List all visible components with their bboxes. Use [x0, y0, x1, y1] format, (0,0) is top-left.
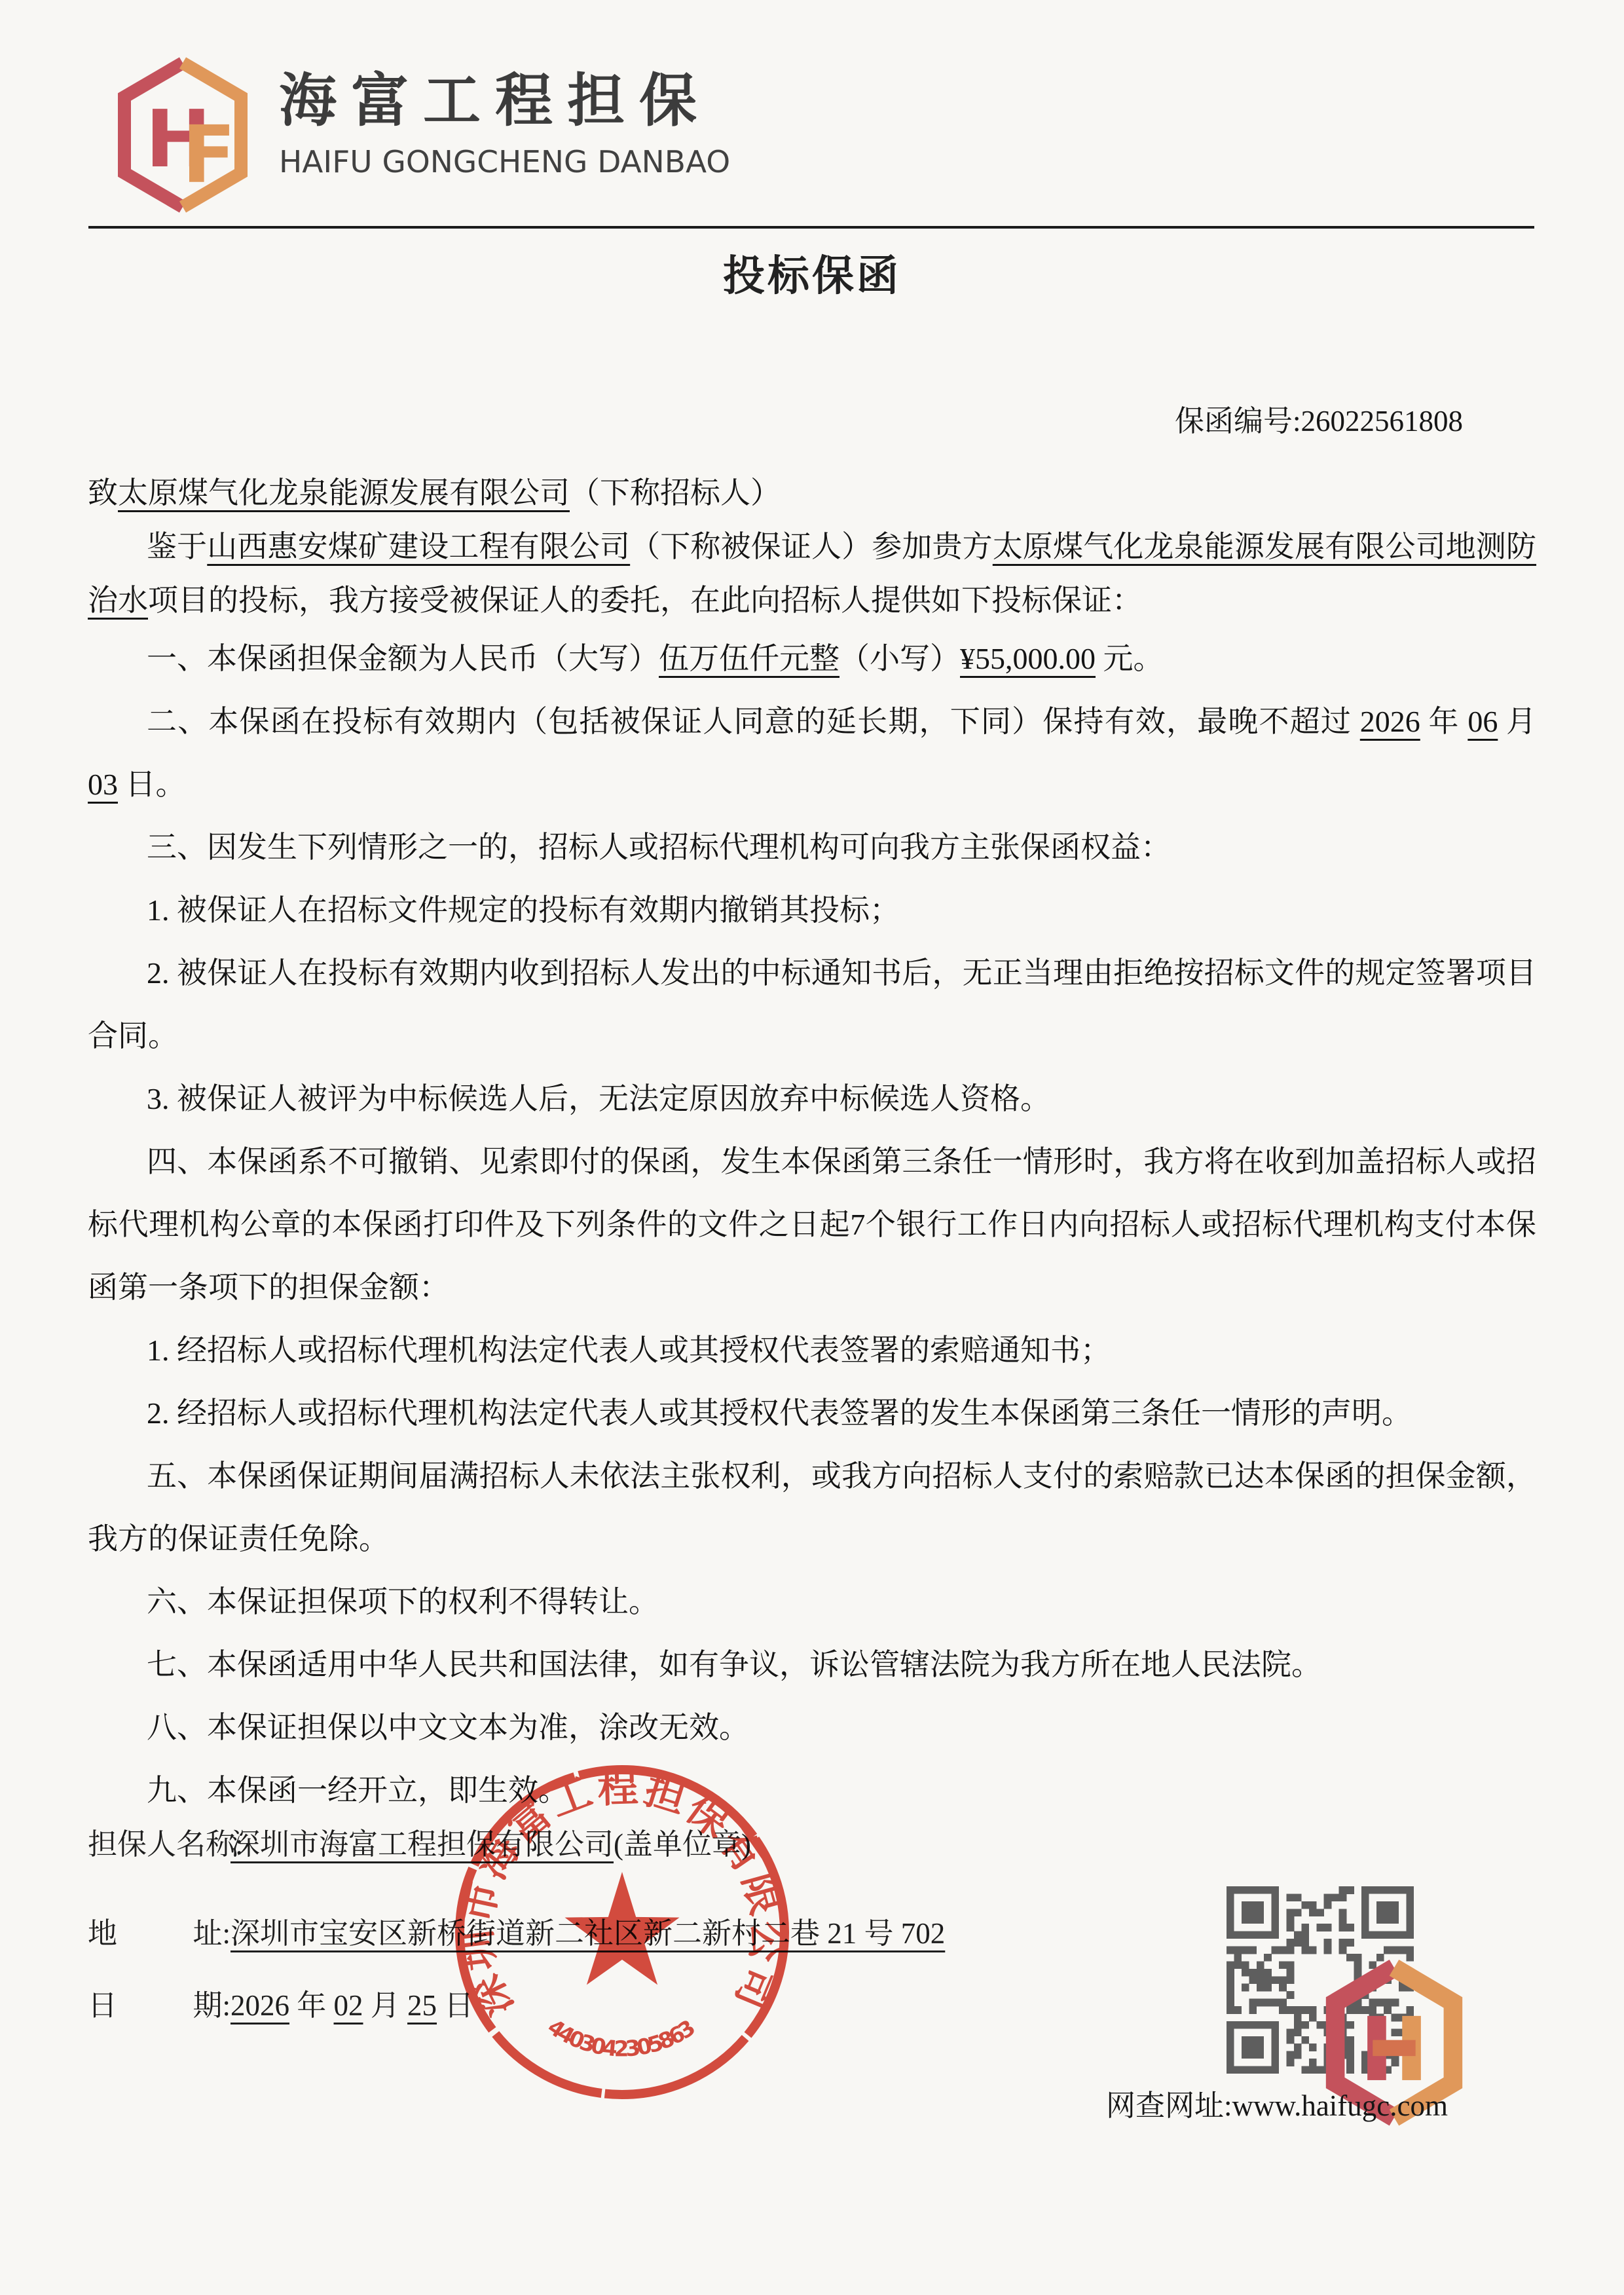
paragraph-1: 致太原煤气化龙泉能源发展有限公司（下称招标人）: [88, 466, 1536, 520]
guarantee-number-line: 保函编号:26022561808: [1175, 397, 1463, 439]
letterhead: H F 海富工程担保 HAIFU GONGCHENG DANBAO: [105, 54, 722, 216]
signature-label: 日期:: [88, 1987, 231, 2024]
document-body: 致太原煤气化龙泉能源发展有限公司（下称招标人）鉴于山西惠安煤矿建设工程有限公司（…: [88, 466, 1536, 1822]
brand-name-chinese: 海富工程担保: [279, 72, 722, 130]
signature-row-3: 日期:2026 年 02 月 25 日: [88, 1987, 1201, 2024]
header-divider: [88, 226, 1534, 229]
paragraph-12: 五、本保函保证期间届满招标人未依法主张权利，或我方向招标人支付的索赔款已达本保函…: [88, 1445, 1536, 1571]
scanned-document-page: H F 海富工程担保 HAIFU GONGCHENG DANBAO 投标保函 保…: [0, 0, 1624, 2295]
brand-text: 海富工程担保 HAIFU GONGCHENG DANBAO: [279, 54, 722, 177]
paragraph-11: 2. 经招标人或招标代理机构法定代表人或其授权代表签署的发生本保函第三条任一情形…: [88, 1382, 1536, 1445]
paragraph-3: 一、本保函担保金额为人民币（大写）伍万伍仟元整（小写）¥55,000.00 元。: [88, 627, 1536, 690]
logo-letter-f: F: [182, 110, 236, 201]
paragraph-9: 四、本保函系不可撤销、见索即付的保函，发生本保函第三条任一情形时，我方将在收到加…: [88, 1130, 1536, 1319]
signature-row-1: 担保人名称:深圳市海富工程担保有限公司(盖单位章): [88, 1826, 1201, 1863]
paragraph-4: 二、本保函在投标有效期内（包括被保证人同意的延长期，下同）保持有效，最晚不超过 …: [88, 690, 1536, 816]
signature-value: 2026 年 02 月 25 日: [231, 1987, 473, 2024]
qr-code: [1227, 1886, 1414, 2074]
paragraph-15: 八、本保证担保以中文文本为准，涂改无效。: [88, 1696, 1536, 1759]
paragraph-8: 3. 被保证人被评为中标候选人后，无法定原因放弃中标候选人资格。: [88, 1068, 1536, 1130]
signature-row-2: 地址:深圳市宝安区新桥街道新二社区新二新村二巷 21 号 702: [88, 1915, 1201, 1952]
guarantee-number-label: 保函编号:: [1175, 405, 1301, 438]
guarantee-number-value: 26022561808: [1301, 405, 1464, 438]
paragraph-13: 六、本保证担保项下的权利不得转让。: [88, 1571, 1536, 1633]
paragraph-10: 1. 经招标人或招标代理机构法定代表人或其授权代表签署的索赔通知书；: [88, 1319, 1536, 1382]
paragraph-5: 三、因发生下列情形之一的，招标人或招标代理机构可向我方主张保函权益：: [88, 816, 1536, 879]
paragraph-6: 1. 被保证人在招标文件规定的投标有效期内撤销其投标；: [88, 879, 1536, 942]
verification-url-caption: 网查网址:www.haifugc.com: [1028, 2081, 1526, 2124]
signature-value: 深圳市海富工程担保有限公司(盖单位章): [231, 1826, 751, 1863]
document-title: 投标保函: [0, 242, 1624, 303]
haifu-hexagon-logo-icon: H F: [105, 54, 261, 216]
signature-label: 地址:: [88, 1915, 231, 1952]
paragraph-14: 七、本保函适用中华人民共和国法律，如有争议，诉讼管辖法院为我方所在地人民法院。: [88, 1633, 1536, 1696]
paragraph-7: 2. 被保证人在投标有效期内收到招标人发出的中标通知书后，无正当理由拒绝按招标文…: [88, 942, 1536, 1068]
paragraph-16: 九、本保函一经开立，即生效。: [88, 1759, 1536, 1822]
paragraph-2: 鉴于山西惠安煤矿建设工程有限公司（下称被保证人）参加贵方太原煤气化龙泉能源发展有…: [88, 520, 1536, 627]
signature-label: 担保人名称:: [88, 1826, 231, 1863]
signature-block: 担保人名称:深圳市海富工程担保有限公司(盖单位章)地址:深圳市宝安区新桥街道新二…: [88, 1826, 1201, 2024]
brand-name-pinyin: HAIFU GONGCHENG DANBAO: [279, 147, 730, 177]
signature-value: 深圳市宝安区新桥街道新二社区新二新村二巷 21 号 702: [231, 1915, 945, 1952]
